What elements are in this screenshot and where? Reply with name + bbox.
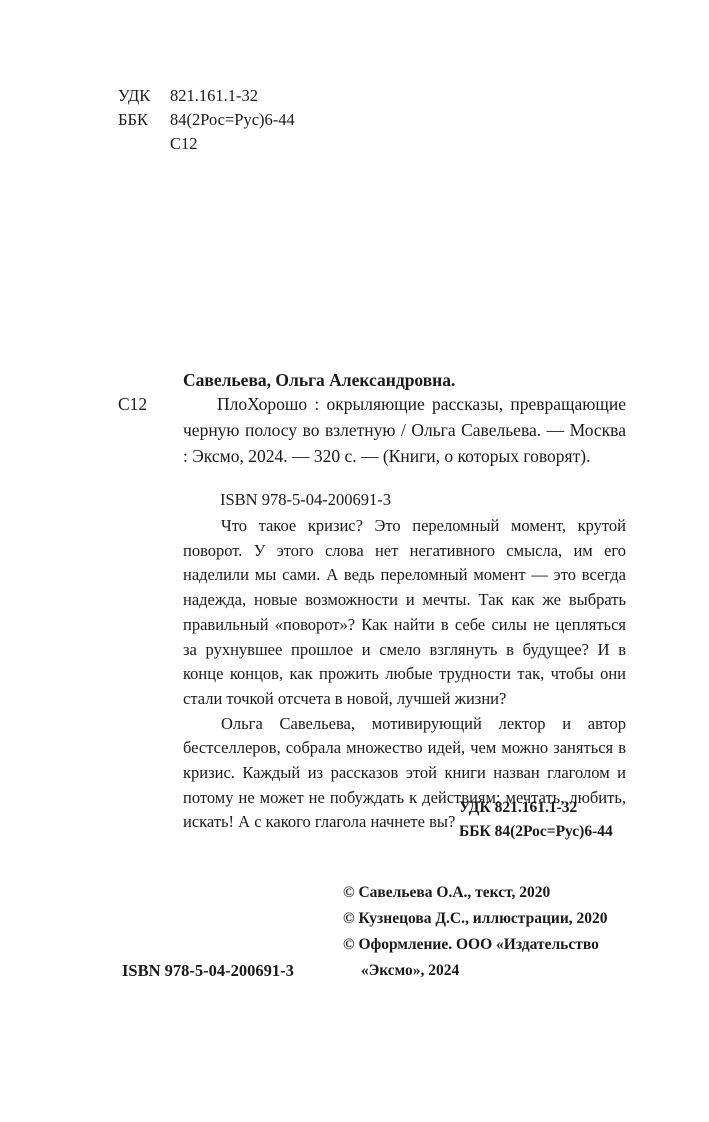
bib-isbn: ISBN 978-5-04-200691-3: [220, 488, 391, 512]
annotation: Что такое кризис? Это переломный момент,…: [183, 514, 626, 835]
copyright-block: © Савельева О.А., текст, 2020 © Кузнецов…: [343, 880, 608, 984]
bbk-classification: ББК 84(2Рос=Рус)6-44: [459, 820, 613, 844]
udk-line: УДК821.161.1-32: [118, 84, 258, 108]
bbk-value: 84(2Рос=Рус)6-44: [170, 110, 295, 129]
udk-label: УДК: [118, 84, 170, 108]
udk-classification: УДК 821.161.1-32: [459, 796, 577, 820]
copyright-line: © Оформление. ООО «Издательство: [343, 932, 608, 958]
copyright-line: © Савельева О.А., текст, 2020: [343, 880, 608, 906]
copyright-line: «Эксмо», 2024: [343, 958, 608, 984]
author-mark: С12: [170, 134, 198, 153]
bib-description-text: ПлоХорошо : окрыляющие рассказы, превращ…: [183, 391, 626, 469]
footer-isbn: ISBN 978-5-04-200691-3: [122, 958, 294, 984]
annotation-paragraph: Что такое кризис? Это переломный момент,…: [183, 514, 626, 712]
bib-author: Савельева, Ольга Александровна.: [183, 367, 455, 393]
bbk-label: ББК: [118, 108, 170, 132]
copyright-line: © Кузнецова Д.С., иллюстрации, 2020: [343, 906, 608, 932]
bbk-line: ББК84(2Рос=Рус)6-44: [118, 108, 295, 132]
bib-author-mark: С12: [118, 391, 147, 417]
bib-description: ПлоХорошо : окрыляющие рассказы, превращ…: [183, 391, 626, 469]
udk-value: 821.161.1-32: [170, 86, 258, 105]
author-mark-line: С12: [118, 132, 198, 156]
